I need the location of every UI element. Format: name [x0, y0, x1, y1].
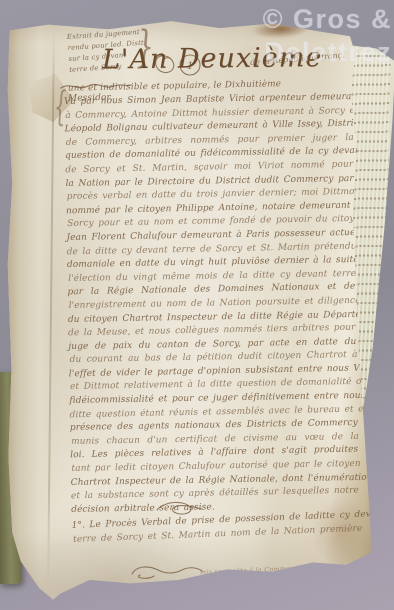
paragraph-1: Vu par nous Simon Jean Baptiste Viriot a…: [64, 91, 359, 517]
paraph-flourish-icon: [154, 500, 204, 518]
photo-background: Extrait du jugementrendu pour led. Distt…: [0, 0, 394, 610]
title-row: L'An Deuxième de la République franç.: [102, 41, 370, 78]
ink-stain: [251, 18, 310, 40]
body-text: Vu par nous Simon Jean Baptiste Viriot a…: [64, 91, 360, 548]
faint-annotation: mis sous côte à la Commandataire: [200, 563, 356, 577]
ink-flourish-icon: [130, 562, 204, 580]
manuscript-page: Extrait du jugementrendu pour led. Distt…: [4, 20, 376, 602]
